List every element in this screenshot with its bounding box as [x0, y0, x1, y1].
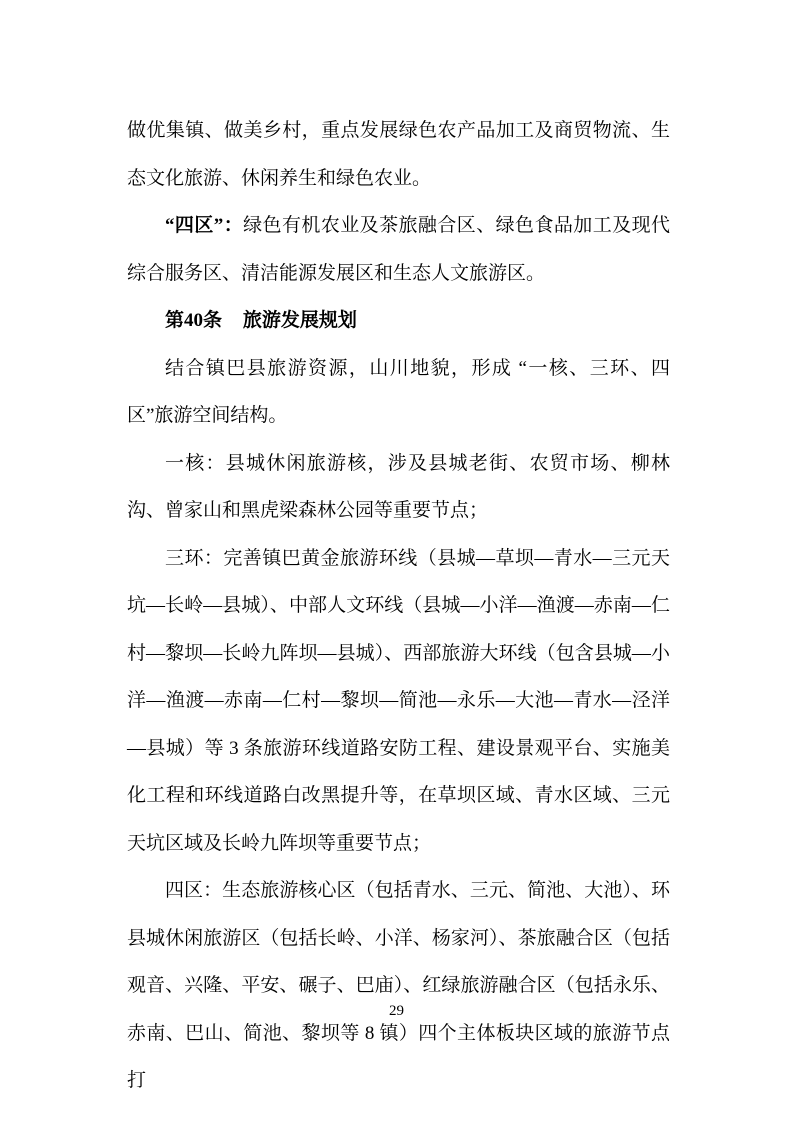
document-body: 做优集镇、做美乡村，重点发展绿色农产品加工及商贸物流、生态文化旅游、休闲养生和绿… [127, 107, 670, 1105]
article-title: 旅游发展规划 [243, 310, 357, 331]
article-number: 第40条 [165, 310, 222, 331]
page-number: 29 [0, 1000, 793, 1022]
paragraph-continuation: 做优集镇、做美乡村，重点发展绿色农产品加工及商贸物流、生态文化旅游、休闲养生和绿… [127, 107, 670, 202]
four-zones-lead-label: “四区”： [165, 215, 243, 236]
paragraph-one-core: 一核：县城休闲旅游核，涉及县城老街、农贸市场、柳林沟、曾家山和黑虎梁森林公园等重… [127, 440, 670, 535]
document-page: 做优集镇、做美乡村，重点发展绿色农产品加工及商贸物流、生态文化旅游、休闲养生和绿… [0, 0, 793, 1122]
paragraph-four-zones-definition: “四区”：绿色有机农业及茶旅融合区、绿色食品加工及现代综合服务区、清洁能源发展区… [127, 202, 670, 297]
article-heading: 第40条旅游发展规划 [127, 297, 670, 345]
paragraph-three-rings: 三环：完善镇巴黄金旅游环线（县城—草坝—青水—三元天坑—长岭—县城）、中部人文环… [127, 535, 670, 868]
paragraph-structure-intro: 结合镇巴县旅游资源，山川地貌，形成 “一核、三环、四区”旅游空间结构。 [127, 345, 670, 440]
paragraph-four-districts: 四区：生态旅游核心区（包括青水、三元、简池、大池）、环县城休闲旅游区（包括长岭、… [127, 867, 670, 1105]
